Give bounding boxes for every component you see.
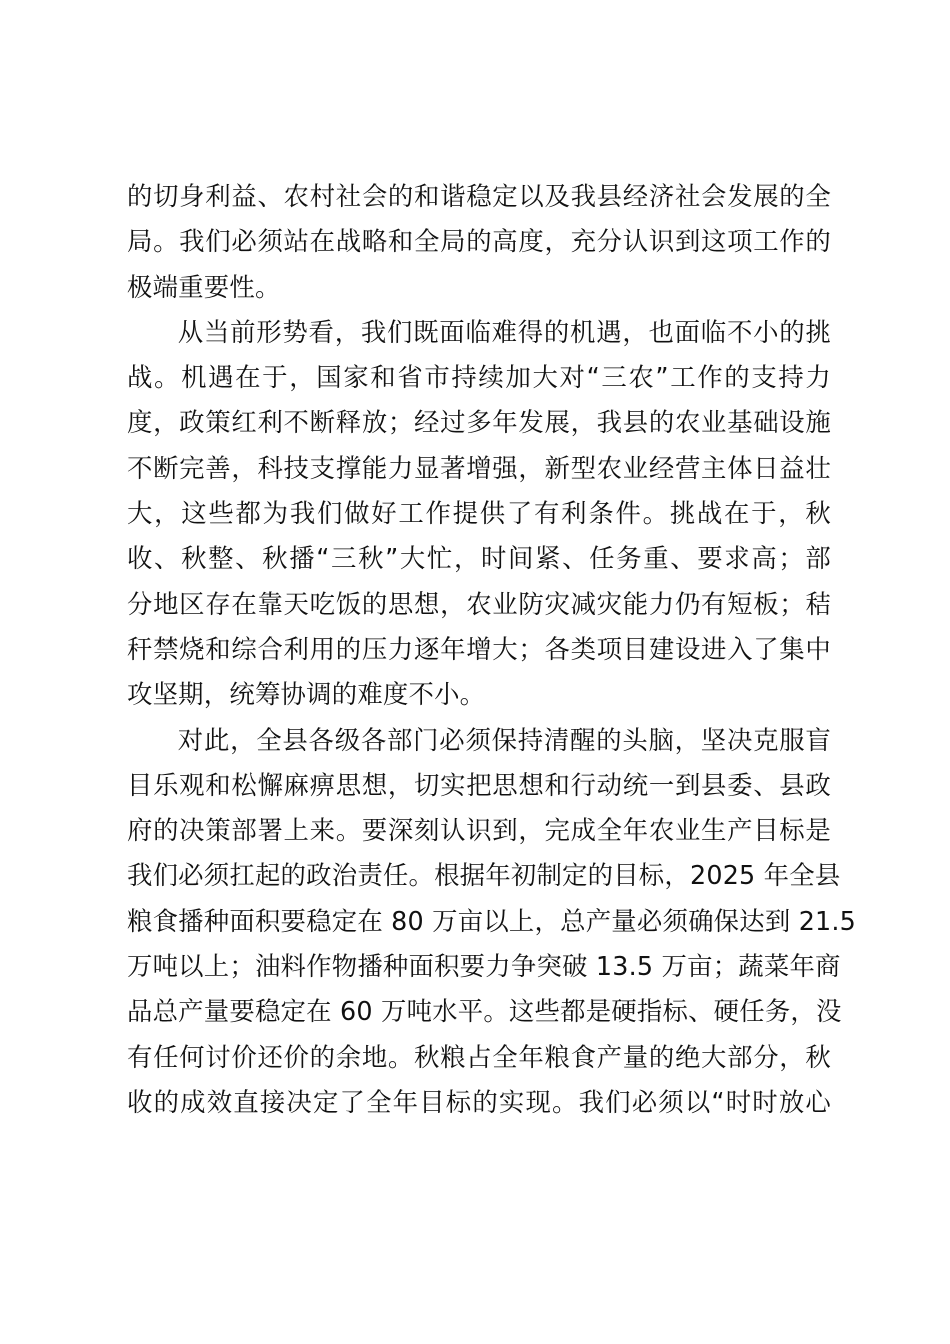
text-line: 我们必须扛起的政治责任。根据年初制定的目标，2025 年全县 (127, 853, 831, 898)
paragraph-3: 对此，全县各级各部门必须保持清醒的头脑，坚决克服盲 目乐观和松懈麻痹思想，切实把… (127, 718, 831, 1126)
text-line: 秆禁烧和综合利用的压力逐年增大；各类项目建设进入了集中 (127, 627, 831, 672)
text-line: 攻坚期，统筹协调的难度不小。 (127, 672, 831, 717)
text-line: 局。我们必须站在战略和全局的高度，充分认识到这项工作的 (127, 219, 831, 264)
text-line: 府的决策部署上来。要深刻认识到，完成全年农业生产目标是 (127, 808, 831, 853)
text-line: 目乐观和松懈麻痹思想，切实把思想和行动统一到县委、县政 (127, 763, 831, 808)
text-line: 度，政策红利不断释放；经过多年发展，我县的农业基础设施 (127, 400, 831, 445)
text-line: 万吨以上；油料作物播种面积要力争突破 13.5 万亩；蔬菜年商 (127, 944, 831, 989)
text-line: 大，这些都为我们做好工作提供了有利条件。挑战在于，秋 (127, 491, 831, 536)
text-line: 不断完善，科技支撑能力显著增强，新型农业经营主体日益壮 (127, 446, 831, 491)
text-line: 收的成效直接决定了全年目标的实现。我们必须以“时时放心 (127, 1080, 831, 1125)
text-line: 的切身利益、农村社会的和谐稳定以及我县经济社会发展的全 (127, 174, 831, 219)
paragraph-1: 的切身利益、农村社会的和谐稳定以及我县经济社会发展的全 局。我们必须站在战略和全… (127, 174, 831, 310)
text-line: 从当前形势看，我们既面临难得的机遇，也面临不小的挑 (127, 310, 831, 355)
document-page: 的切身利益、农村社会的和谐稳定以及我县经济社会发展的全 局。我们必须站在战略和全… (127, 174, 831, 1125)
text-line: 收、秋整、秋播“三秋”大忙，时间紧、任务重、要求高；部 (127, 536, 831, 581)
paragraph-2: 从当前形势看，我们既面临难得的机遇，也面临不小的挑 战。机遇在于，国家和省市持续… (127, 310, 831, 718)
text-line: 分地区存在靠天吃饭的思想，农业防灾减灾能力仍有短板；秸 (127, 582, 831, 627)
text-line: 战。机遇在于，国家和省市持续加大对“三农”工作的支持力 (127, 355, 831, 400)
text-line: 品总产量要稳定在 60 万吨水平。这些都是硬指标、硬任务，没 (127, 989, 831, 1034)
text-line: 对此，全县各级各部门必须保持清醒的头脑，坚决克服盲 (127, 718, 831, 763)
text-line: 有任何讨价还价的余地。秋粮占全年粮食产量的绝大部分，秋 (127, 1035, 831, 1080)
text-line: 极端重要性。 (127, 265, 831, 310)
text-line: 粮食播种面积要稳定在 80 万亩以上，总产量必须确保达到 21.5 (127, 899, 831, 944)
